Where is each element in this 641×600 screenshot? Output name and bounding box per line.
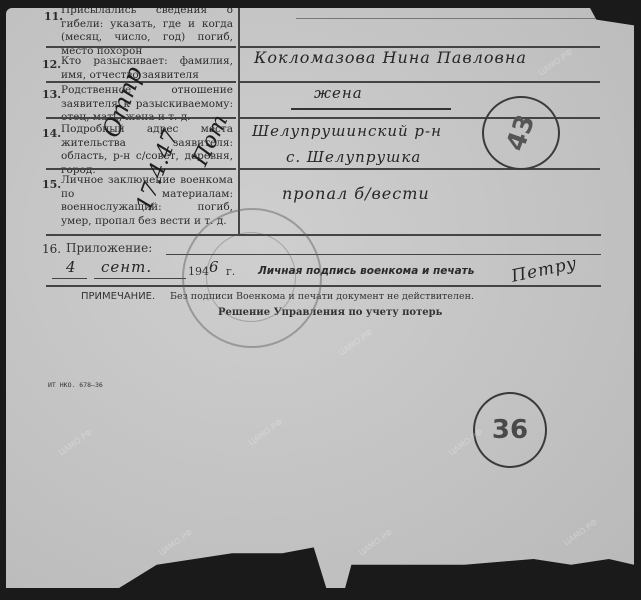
field-14-value: Шелупрушинский р-н [252, 122, 442, 140]
watermark: ЦАМО.РФ [337, 328, 374, 358]
date-month: сент. [101, 258, 152, 276]
note-title: ПРИМЕЧАНИЕ. [81, 291, 155, 302]
document-sheet: 11. Присылались сведения о гибели: указа… [6, 8, 634, 588]
field-13-value: жена [314, 84, 363, 102]
field-12-number: 12. [42, 58, 61, 71]
form-code: ИТ НКО. 678—36 [48, 381, 103, 389]
commissariat-seal [182, 208, 322, 348]
field-16-number: 16. [42, 242, 61, 256]
stamp-36: 36 [473, 392, 547, 468]
watermark: ЦАМО.РФ [562, 518, 599, 548]
stamp-43: 43 [482, 96, 560, 170]
watermark: ЦАМО.РФ [537, 48, 574, 78]
value-line-12 [240, 81, 600, 83]
field-12-value: Кокломазова Нина Павловна [254, 48, 527, 67]
divider-11 [46, 46, 236, 48]
field-14-value-line2: с. Шелупрушка [286, 148, 421, 166]
watermark: ЦАМО.РФ [357, 528, 394, 558]
field-15-number: 15. [42, 178, 61, 191]
watermark: ЦАМО.РФ [57, 428, 94, 458]
field-11-label: Присылались сведения о гибели: указать, … [61, 4, 233, 58]
field-13-number: 13. [42, 88, 61, 101]
seal-inner-ring [206, 232, 296, 322]
stamp-43-number: 43 [501, 111, 542, 155]
top-right-line [296, 18, 596, 19]
signature-line [46, 285, 601, 287]
watermark: ЦАМО.РФ [157, 528, 194, 558]
column-divider [238, 8, 240, 236]
value-line-14 [240, 168, 600, 170]
commissar-signature: Петру [510, 253, 579, 286]
date-month-line [94, 278, 186, 279]
date-day: 4 [66, 258, 77, 276]
watermark: ЦАМО.РФ [247, 418, 284, 448]
stamp-36-number: 36 [492, 415, 528, 445]
field-15-value: пропал б/вести [282, 184, 430, 203]
attachment-label: Приложение: [66, 241, 152, 255]
date-day-line [52, 278, 87, 279]
divider-15 [46, 234, 601, 236]
field-14-number: 14. [42, 127, 61, 140]
value-underline-13 [291, 108, 451, 110]
